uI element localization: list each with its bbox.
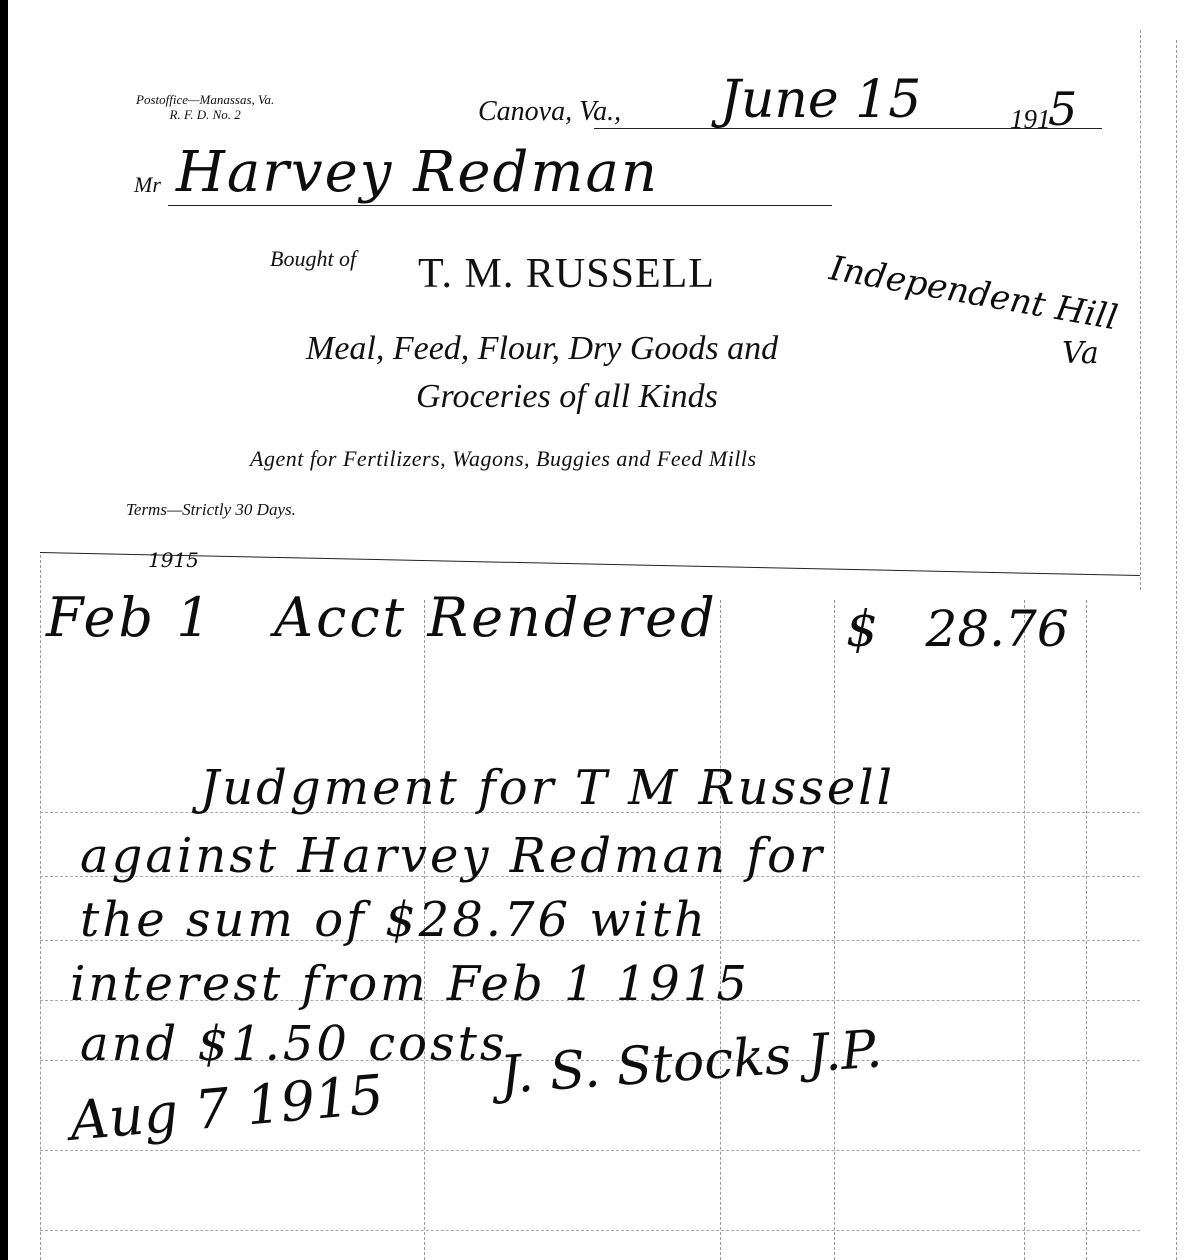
year-printed: 191 (1010, 104, 1051, 135)
page-edge (1176, 40, 1177, 1260)
mr-prefix: Mr (134, 172, 161, 198)
scan-edge (0, 0, 8, 1260)
right-edge-border (1140, 30, 1141, 590)
city-label: Canova, Va., (478, 96, 621, 128)
entry-amount: 28.76 (926, 600, 1069, 658)
firm-location-handwritten: Independent Hill (827, 248, 1121, 338)
firm-state-handwritten: Va (1062, 336, 1099, 371)
ledger-left-rule (40, 555, 41, 1260)
judgment-line: the sum of $28.76 with (80, 892, 708, 948)
ledger-column-rule (1086, 600, 1087, 1260)
postoffice-line: Postoffice—Manassas, Va. (136, 92, 274, 107)
entry-description: Acct Rendered (274, 586, 718, 649)
bought-of-label: Bought of (270, 246, 356, 272)
ledger-top-rule (40, 552, 1140, 576)
year-handwritten: 5 (1048, 82, 1077, 136)
payee-rule (168, 205, 832, 206)
goods-line-1: Meal, Feed, Flour, Dry Goods and (306, 330, 778, 368)
judgment-line: Judgment for T M Russell (200, 760, 895, 816)
judgment-date: Aug 7 1915 (67, 1063, 386, 1153)
date-handwritten: June 15 (720, 70, 921, 130)
ledger-row-rule (40, 1230, 1140, 1231)
ledger-row-rule (40, 1150, 1140, 1151)
ledger-entry: Feb 1 Acct Rendered (46, 586, 718, 649)
entry-amount-wrap: $ 28.76 (846, 600, 1069, 658)
goods-line-2: Groceries of all Kinds (416, 378, 718, 416)
agent-line: Agent for Fertilizers, Wagons, Buggies a… (250, 446, 757, 472)
payee-name: Harvey Redman (176, 140, 659, 205)
postoffice-address: Postoffice—Manassas, Va. R. F. D. No. 2 (136, 92, 274, 122)
ledger-column-rule (834, 600, 835, 1260)
judgment-line: interest from Feb 1 1915 (70, 956, 750, 1012)
ledger-column-rule (720, 600, 721, 1260)
justice-signature: J. S. Stocks J.P. (498, 1019, 884, 1106)
rfd-line: R. F. D. No. 2 (136, 107, 274, 122)
ledger-year: 1915 (148, 548, 199, 572)
firm-name: T. M. RUSSELL (418, 250, 715, 298)
judgment-line: against Harvey Redman for (80, 828, 825, 884)
currency-symbol: $ (846, 600, 878, 658)
judgment-line: and $1.50 costs (80, 1016, 508, 1072)
entry-date: Feb 1 (46, 586, 214, 649)
terms-line: Terms—Strictly 30 Days. (126, 500, 296, 520)
ledger-column-rule (1024, 600, 1025, 1260)
